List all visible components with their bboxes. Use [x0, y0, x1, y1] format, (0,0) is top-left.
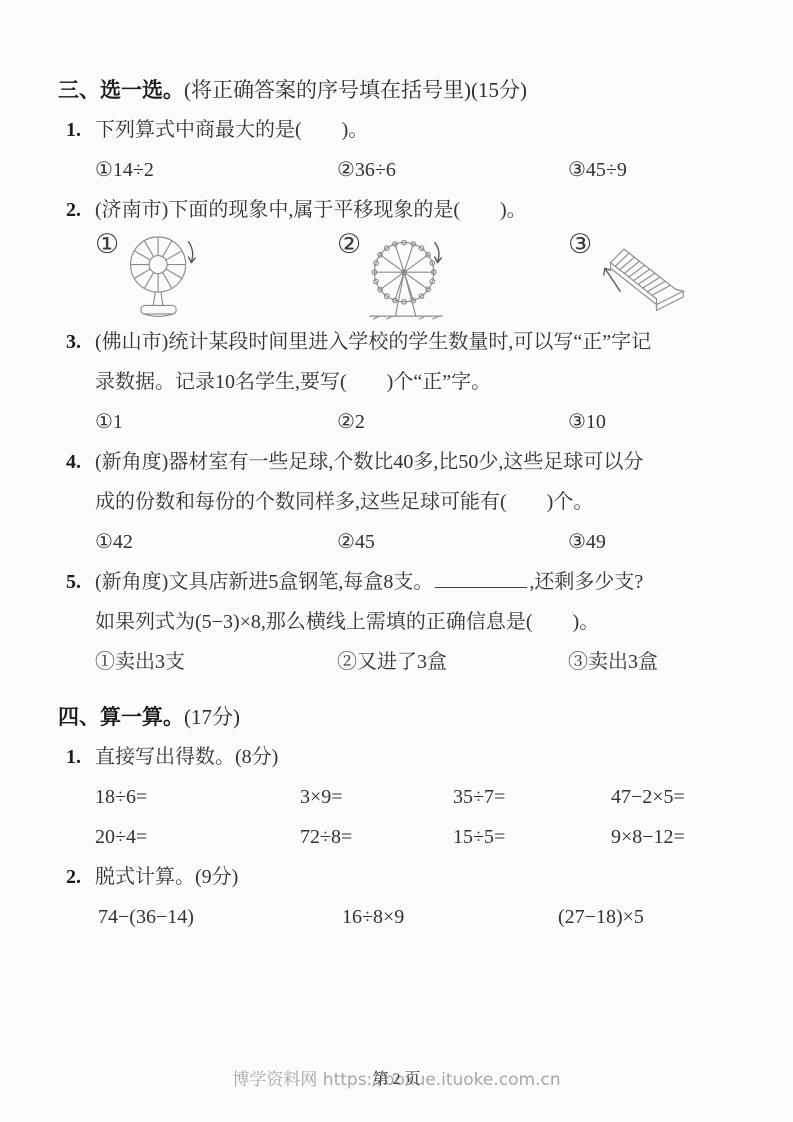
- question-5-text-line2: 如果列式为(5−3)×8,那么横线上需填的正确信息是( )。: [58, 602, 765, 642]
- option: ②36÷6: [337, 150, 568, 190]
- math-problem: 47−2×5=: [611, 777, 765, 817]
- option: ②2: [337, 402, 568, 442]
- option: ③10: [568, 402, 765, 442]
- worksheet-page: 三、选一选。(将正确答案的序号填在括号里)(15分) 1.下列算式中商最大的是(…: [58, 70, 765, 937]
- math-problem: 72÷8=: [300, 817, 453, 857]
- question-3: 3.(佛山市)统计某段时间里进入学校的学生数量时,可以写“正”字记: [58, 322, 765, 362]
- question-2-number: 2.: [66, 190, 95, 230]
- figure-option-2: ②: [337, 230, 568, 322]
- section-4-heading: 四、算一算。(17分): [58, 697, 765, 737]
- math-expression: (27−18)×5: [558, 897, 765, 937]
- mental-math-row-1: 18÷6= 3×9= 35÷7= 47−2×5=: [58, 777, 765, 817]
- question-1-options: ①14÷2 ②36÷6 ③45÷9: [58, 150, 765, 190]
- math-problem: 9×8−12=: [611, 817, 765, 857]
- question-3-text-line1: (佛山市)统计某段时间里进入学校的学生数量时,可以写“正”字记: [95, 331, 651, 353]
- page-footer: 博学资料网 https://boxue.ituoke.com.cn 第 2 页: [0, 1065, 793, 1090]
- question-5-text-after-blank: ,还剩多少支?: [529, 571, 643, 593]
- question-3-number: 3.: [66, 322, 95, 362]
- question-4: 4.(新角度)器材室有一些足球,个数比40多,比50少,这些足球可以分: [58, 442, 765, 482]
- option: ①14÷2: [95, 150, 337, 190]
- figure-option-1: ①: [95, 230, 337, 320]
- question-5-number: 5.: [66, 562, 95, 602]
- question-1-number: 1.: [66, 110, 95, 150]
- question-1-text: 下列算式中商最大的是( )。: [95, 119, 368, 141]
- option: ③49: [568, 522, 765, 562]
- option: ③卖出3盒: [568, 642, 765, 682]
- calc-item-1-number: 1.: [66, 737, 95, 777]
- escalator-icon: [595, 230, 695, 318]
- question-2-text: (济南市)下面的现象中,属于平移现象的是( )。: [95, 199, 527, 221]
- electric-fan-icon: [122, 230, 198, 320]
- question-5: 5.(新角度)文具店新进5盒钢笔,每盒8支。,还剩多少支?: [58, 562, 765, 602]
- calc-item-2: 2.脱式计算。(9分): [58, 857, 765, 897]
- figure-1-label: ①: [95, 230, 119, 320]
- math-expression: 16÷8×9: [342, 897, 558, 937]
- calc-item-2-number: 2.: [66, 857, 95, 897]
- calc-item-1: 1.直接写出得数。(8分): [58, 737, 765, 777]
- question-1: 1.下列算式中商最大的是( )。: [58, 110, 765, 150]
- section-3-heading: 三、选一选。(将正确答案的序号填在括号里)(15分): [58, 70, 765, 110]
- question-2: 2.(济南市)下面的现象中,属于平移现象的是( )。: [58, 190, 765, 230]
- option: ②45: [337, 522, 568, 562]
- question-4-options: ①42 ②45 ③49: [58, 522, 765, 562]
- option: ②又进了3盒: [337, 642, 568, 682]
- option: ①1: [95, 402, 337, 442]
- section-3-note: (将正确答案的序号填在括号里)(15分): [184, 78, 527, 102]
- section-4-note: (17分): [184, 705, 240, 729]
- question-4-text-line2: 成的份数和每份的个数同样多,这些足球可能有( )个。: [58, 482, 765, 522]
- question-5-options: ①卖出3支 ②又进了3盒 ③卖出3盒: [58, 642, 765, 682]
- math-problem: 35÷7=: [453, 777, 611, 817]
- math-problem: 18÷6=: [95, 777, 300, 817]
- math-problem: 15÷5=: [453, 817, 611, 857]
- calc-item-2-title: 脱式计算。(9分): [95, 866, 238, 888]
- page-number: 第 2 页: [372, 1066, 420, 1089]
- question-3-options: ①1 ②2 ③10: [58, 402, 765, 442]
- math-problem: 20÷4=: [95, 817, 300, 857]
- question-4-number: 4.: [66, 442, 95, 482]
- option: ③45÷9: [568, 150, 765, 190]
- step-calculation-row: 74−(36−14) 16÷8×9 (27−18)×5: [58, 897, 765, 937]
- question-2-figures: ①: [58, 230, 765, 322]
- option: ①卖出3支: [95, 642, 337, 682]
- figure-2-label: ②: [337, 230, 361, 322]
- section-4-title: 四、算一算。: [58, 705, 184, 729]
- math-problem: 3×9=: [300, 777, 453, 817]
- section-3-title: 三、选一选。: [58, 78, 184, 102]
- mental-math-row-2: 20÷4= 72÷8= 15÷5= 9×8−12=: [58, 817, 765, 857]
- answer-blank-line: [435, 573, 527, 588]
- question-3-text-line2: 录数据。记录10名学生,要写( )个“正”字。: [58, 362, 765, 402]
- math-expression: 74−(36−14): [98, 897, 342, 937]
- option: ①42: [95, 522, 337, 562]
- question-4-text-line1: (新角度)器材室有一些足球,个数比40多,比50少,这些足球可以分: [95, 451, 643, 473]
- ferris-wheel-icon: [364, 230, 450, 322]
- question-5-text-before-blank: (新角度)文具店新进5盒钢笔,每盒8支。: [95, 571, 433, 593]
- figure-option-3: ③: [568, 230, 765, 318]
- figure-3-label: ③: [568, 230, 592, 318]
- calc-item-1-title: 直接写出得数。(8分): [95, 746, 278, 768]
